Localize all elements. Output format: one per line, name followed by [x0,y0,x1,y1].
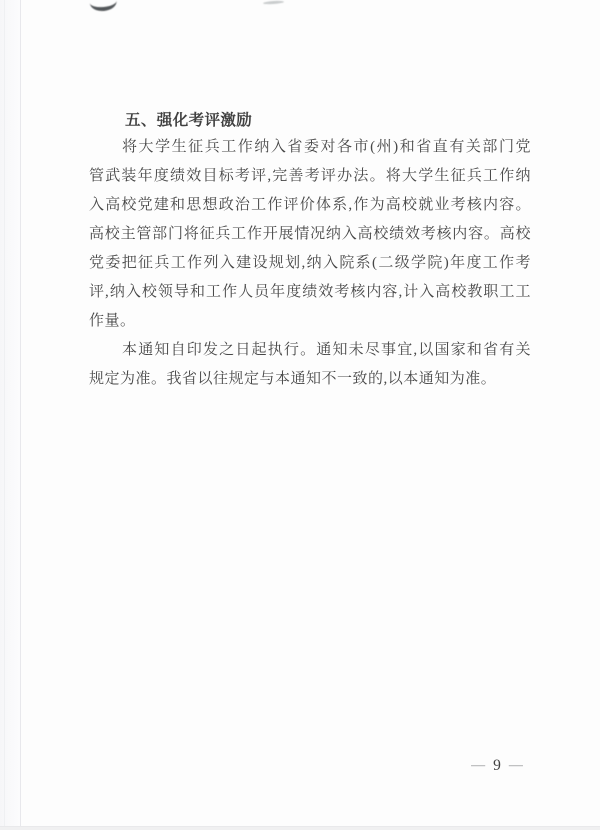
page-number: 9 [493,756,501,776]
page-number-dash-right: — [509,756,523,776]
text-line: 本通知自印发之日起执行。通知未尽事宜,以国家和省有关 [89,336,531,365]
paragraph-2: 本通知自印发之日起执行。通知未尽事宜,以国家和省有关 规定为准。我省以往规定与本… [89,336,531,394]
scan-smudge-dark [90,0,118,12]
document-body: 五、强化考评激励 将大学生征兵工作纳入省委对各市(州)和省直有关部门党 管武装年… [89,109,531,394]
scan-edge-outer-line [4,0,5,830]
text-line: 规定为准。我省以往规定与本通知不一致的,以本通知为准。 [89,365,531,394]
text-line: 作量。 [89,307,531,336]
scan-edge-bottom [0,826,600,830]
text-line: 入高校党建和思想政治工作评价体系,作为高校就业考核内容。 [89,191,531,220]
text-line: 管武装年度绩效目标考评,完善考评办法。将大学生征兵工作纳 [89,162,531,191]
text-line: 评,纳入校领导和工作人员年度绩效考核内容,计入高校教职工工 [89,278,531,307]
section-heading: 五、强化考评激励 [89,109,531,133]
scan-smudge-light [263,0,284,4]
text-line: 将大学生征兵工作纳入省委对各市(州)和省直有关部门党 [89,133,531,162]
page-footer: — 9 — [449,756,545,776]
page-number-dash-left: — [471,756,485,776]
scanned-document-page: 五、强化考评激励 将大学生征兵工作纳入省委对各市(州)和省直有关部门党 管武装年… [0,0,600,830]
text-line: 高校主管部门将征兵工作开展情况纳入高校绩效考核内容。高校 [89,220,531,249]
scan-edge-inner-line [20,0,21,830]
text-line: 党委把征兵工作列入建设规划,纳入院系(二级学院)年度工作考 [89,249,531,278]
scan-edge-left-strip [0,0,20,830]
paragraph-1: 将大学生征兵工作纳入省委对各市(州)和省直有关部门党 管武装年度绩效目标考评,完… [89,133,531,336]
